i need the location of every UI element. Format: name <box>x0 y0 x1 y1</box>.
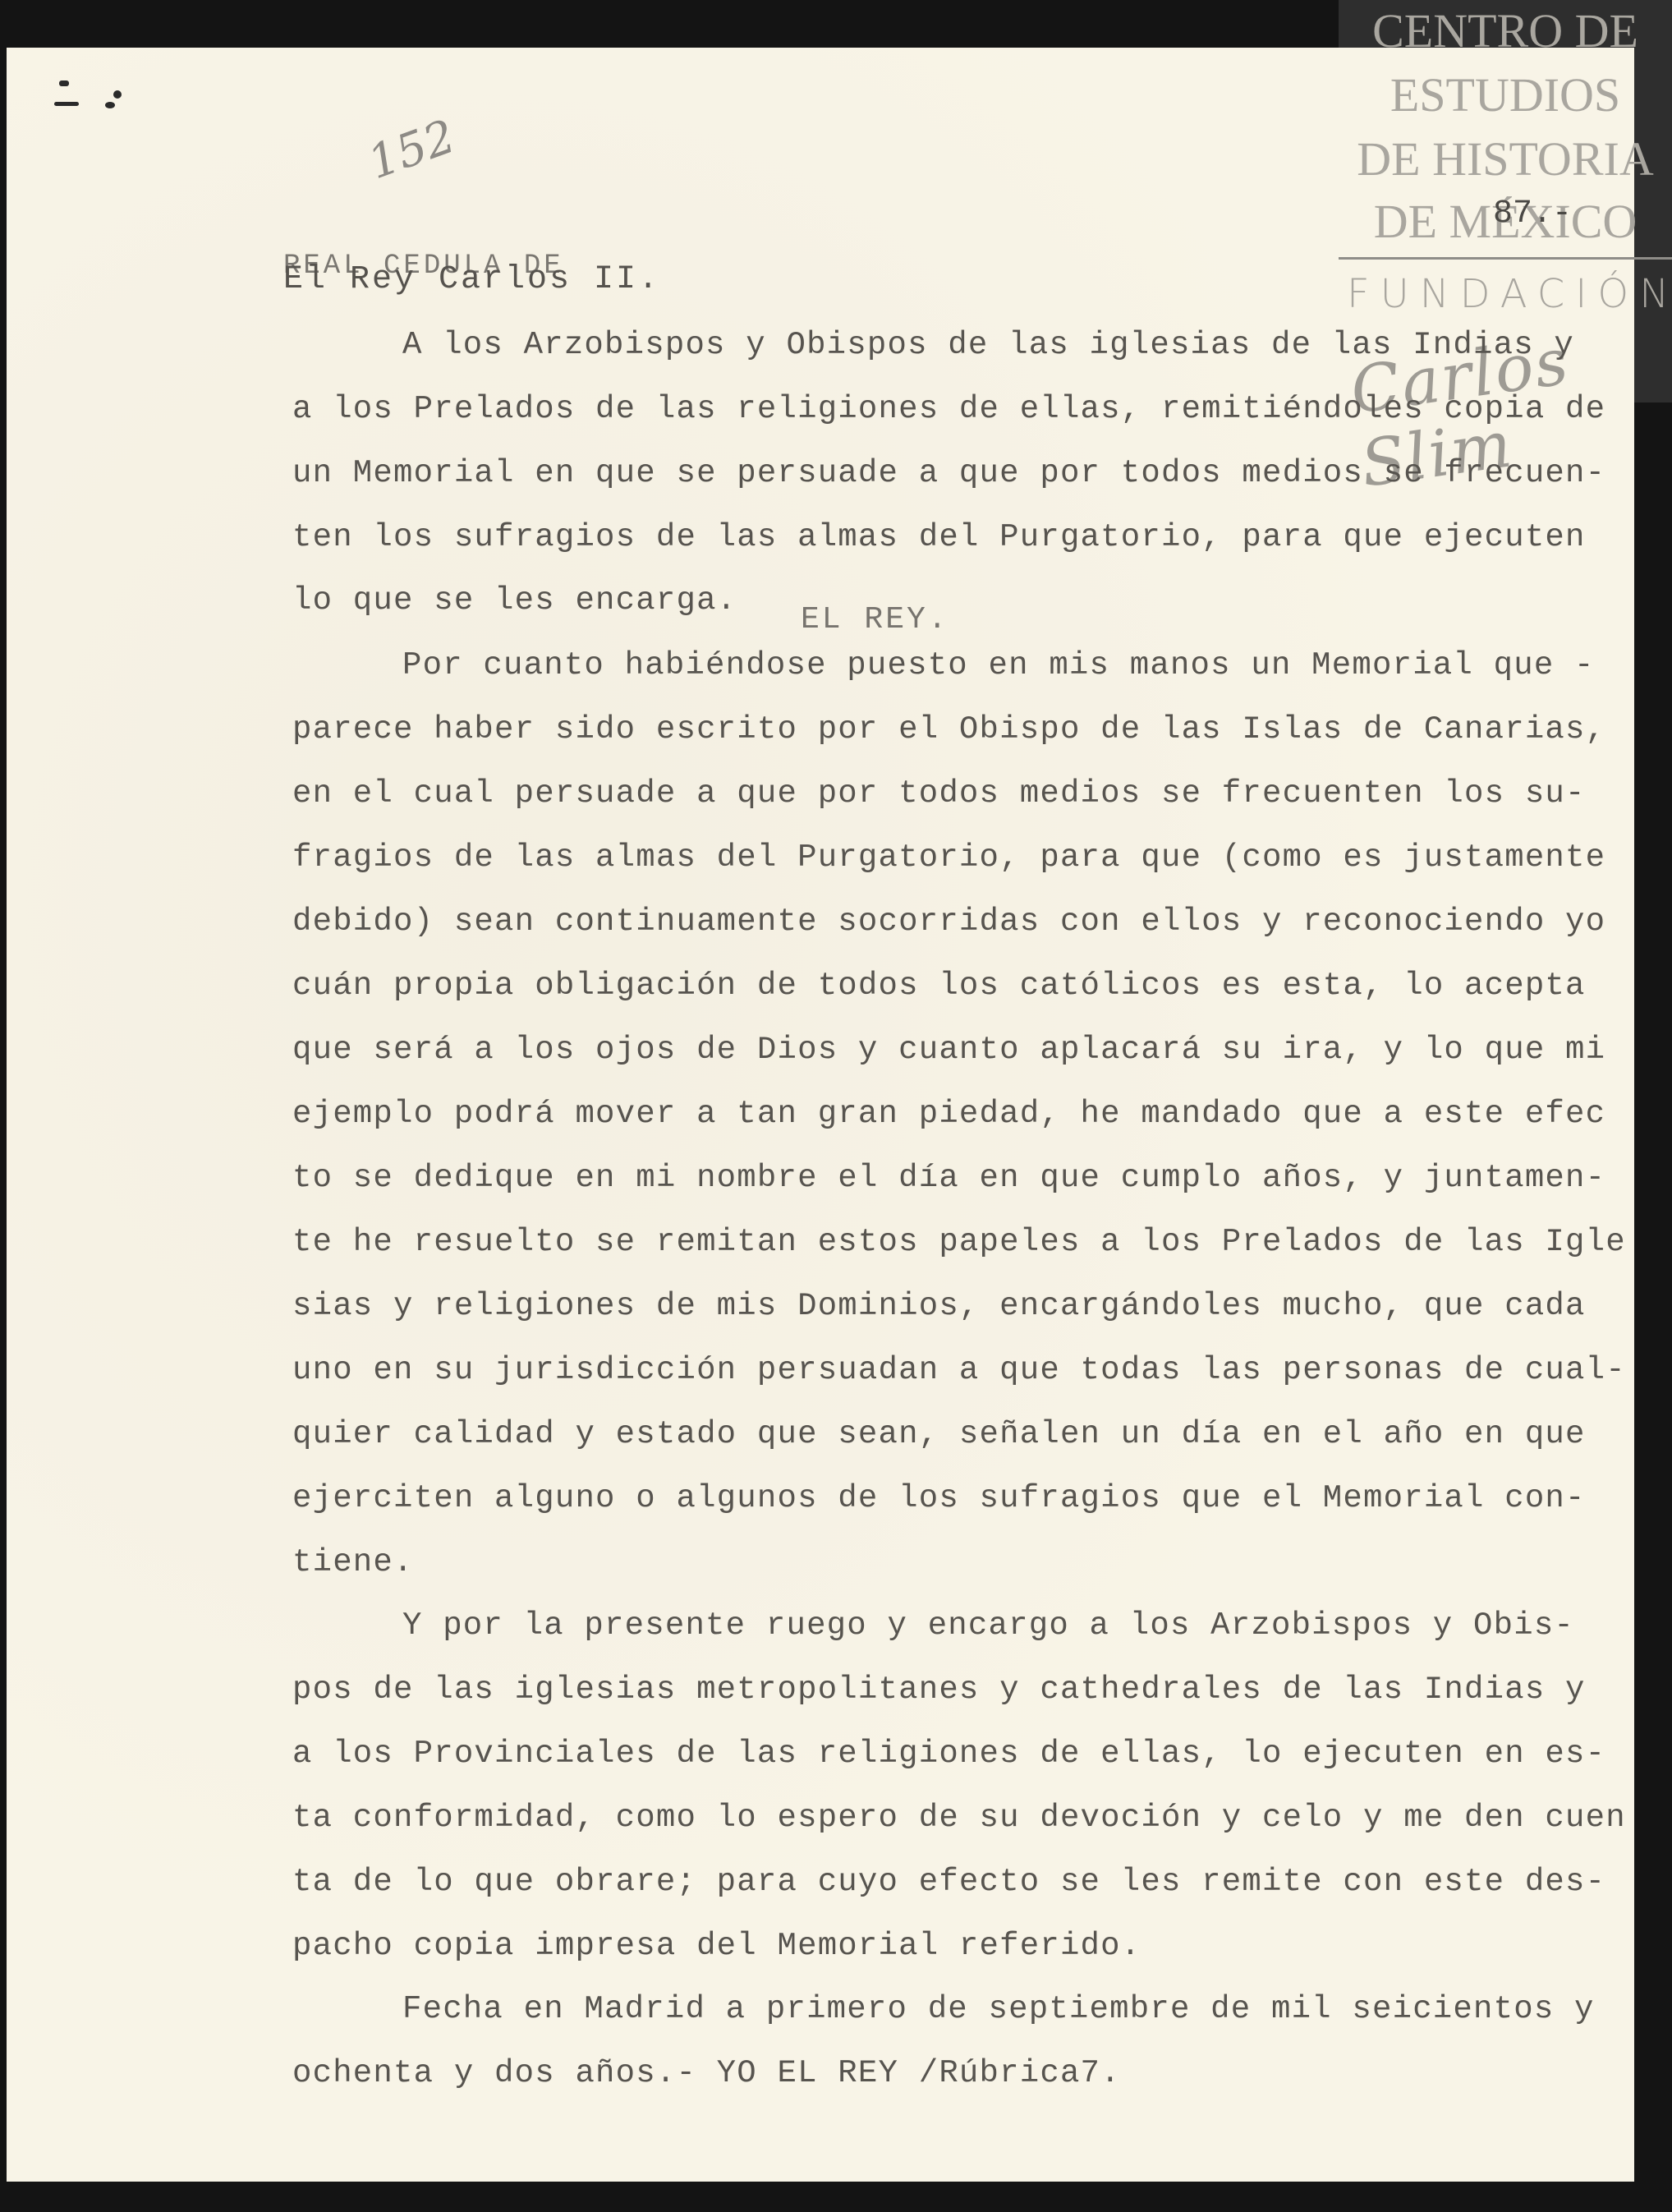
watermark-line: CENTRO DE <box>1339 0 1672 62</box>
summary-line: ten los sufragios de las almas del Purga… <box>292 519 1586 555</box>
body-line: a los Provinciales de las religiones de … <box>292 1736 1605 1772</box>
body-line: te he resuelto se remitan estos papeles … <box>292 1224 1626 1260</box>
punch-mark <box>54 102 79 106</box>
body-line: to se dedique en mi nombre el día en que… <box>292 1160 1605 1196</box>
body-line: fragios de las almas del Purgatorio, par… <box>292 839 1605 876</box>
body-line: quier calidad y estado que sean, señalen… <box>292 1416 1586 1452</box>
body-line: pos de las iglesias metropolitanes y cat… <box>292 1672 1586 1708</box>
punch-mark <box>105 102 115 108</box>
summary-line: a los Prelados de las religiones de ella… <box>292 391 1605 427</box>
body-line: ejemplo podrá mover a tan gran piedad, h… <box>292 1096 1605 1132</box>
page-number: 87.- <box>1493 195 1572 232</box>
body-line: Y por la presente ruego y encargo a los … <box>402 1607 1574 1644</box>
summary-line: un Memorial en que se persuade a que por… <box>292 455 1605 491</box>
body-line: cuán propia obligación de todos los cató… <box>292 968 1586 1004</box>
body-line: tiene. <box>292 1544 414 1580</box>
document-heading: El Rey Carlos II. <box>283 261 660 298</box>
summary-line: A los Arzobispos y Obispos de las iglesi… <box>402 327 1574 363</box>
body-line: en el cual persuade a que por todos medi… <box>292 775 1586 812</box>
watermark-divider <box>1339 257 1672 260</box>
body-line: ejerciten alguno o algunos de los sufrag… <box>292 1480 1586 1516</box>
body-line: pacho copia impresa del Memorial referid… <box>292 1928 1141 1964</box>
body-line: uno en su jurisdicción persuadan a que t… <box>292 1352 1626 1388</box>
watermark-line: ESTUDIOS <box>1339 64 1672 126</box>
body-line: que será a los ojos de Dios y cuanto apl… <box>292 1032 1605 1068</box>
body-line: ta de lo que obrare; para cuyo efecto se… <box>292 1864 1605 1900</box>
el-rey-title: EL REY. <box>801 602 949 637</box>
body-line: debido) sean continuamente socorridas co… <box>292 904 1605 940</box>
body-line: ta conformidad, como lo espero de su dev… <box>292 1800 1626 1836</box>
summary-line: lo que se les encarga. <box>292 582 737 619</box>
date-line: Fecha en Madrid a primero de septiembre … <box>402 1991 1595 2027</box>
body-line: sias y religiones de mis Dominios, encar… <box>292 1288 1586 1324</box>
watermark-line: DE HISTORIA <box>1339 128 1672 191</box>
signature-line: ochenta y dos años.- YO EL REY /Rúbrica7… <box>292 2055 1121 2091</box>
body-line: parece haber sido escrito por el Obispo … <box>292 711 1605 747</box>
punch-mark <box>113 90 122 99</box>
punch-mark <box>59 80 69 86</box>
watermark-foundation: FUNDACIÓN <box>1347 271 1672 317</box>
body-line: Por cuanto habiéndose puesto en mis mano… <box>402 647 1595 683</box>
